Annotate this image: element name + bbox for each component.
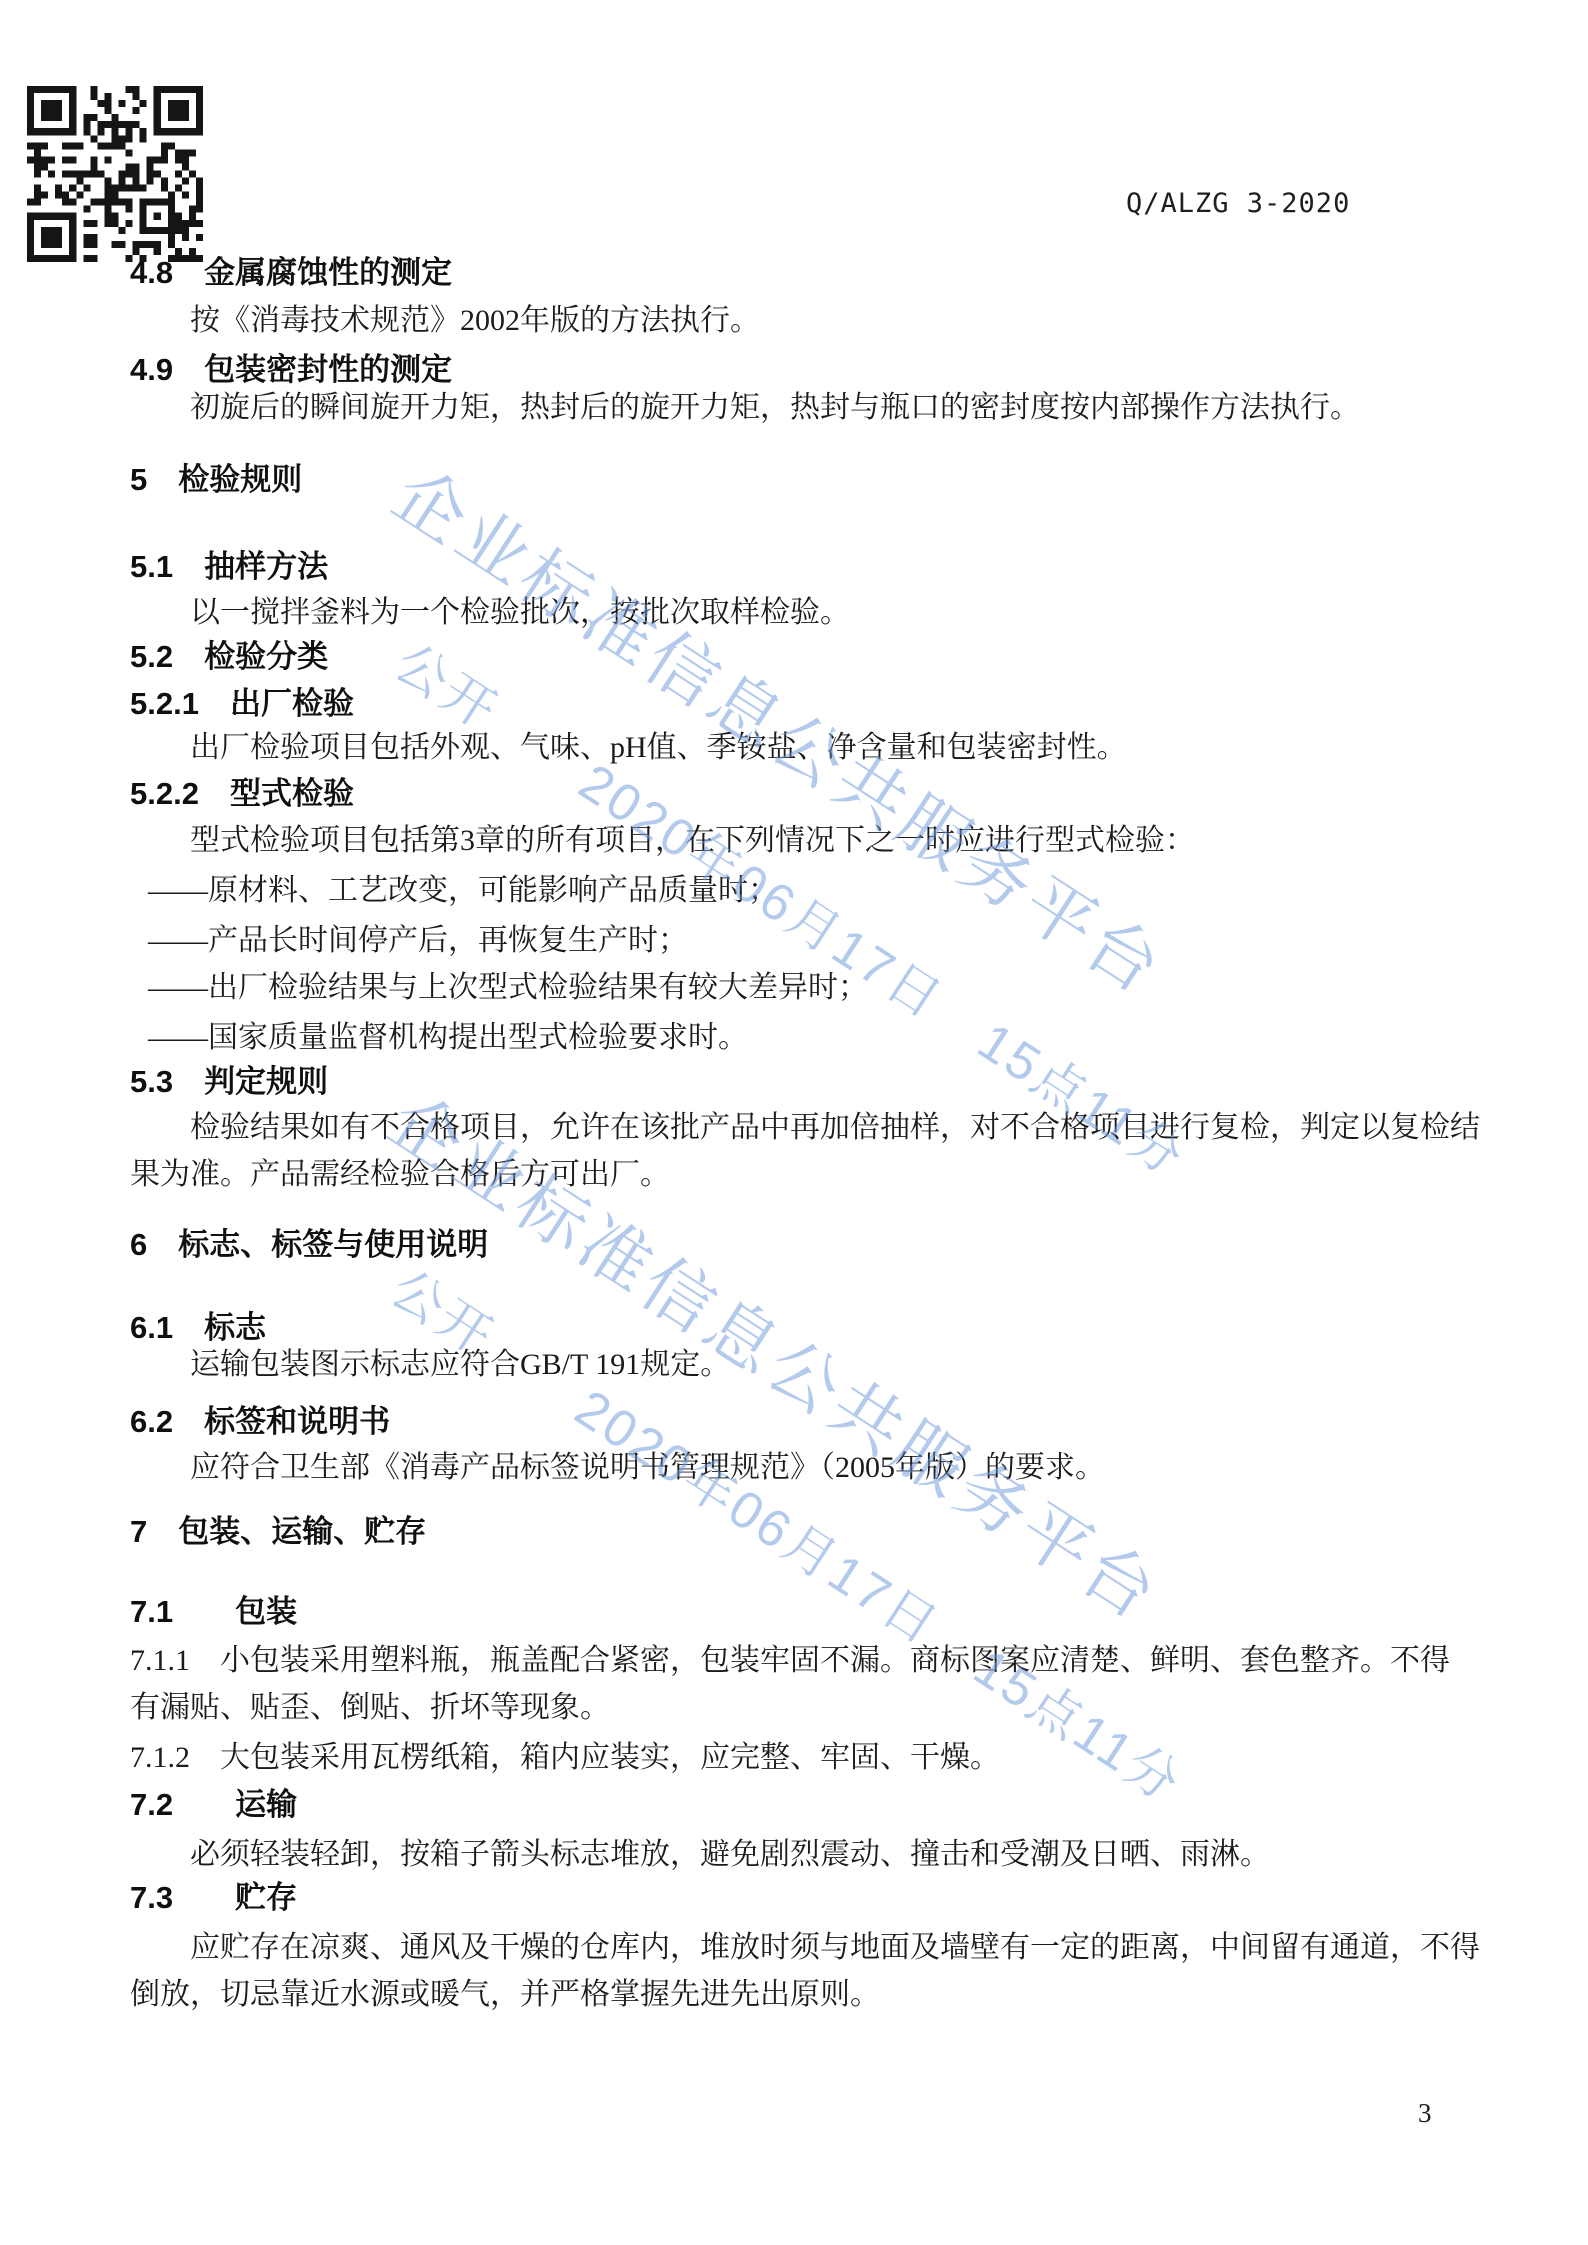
dash: ——产品长时间停产后，再恢复生产时；: [148, 917, 1492, 964]
para: 应符合卫生部《消毒产品标签说明书管理规范》（2005年版）的要求。: [130, 1444, 1492, 1491]
para: 型式检验项目包括第3章的所有项目，在下列情况下之一时应进行型式检验：: [130, 817, 1492, 864]
clause-heading: 5.1 抽样方法: [130, 546, 1492, 588]
para: 以一搅拌釜料为一个检验批次，按批次取样检验。: [130, 589, 1492, 636]
para: 运输包装图示标志应符合GB/T 191规定。: [130, 1341, 1492, 1388]
clause-heading: 5.2 检验分类: [130, 636, 1492, 678]
para: 应贮存在凉爽、通风及干燥的仓库内，堆放时须与地面及墙壁有一定的距离，中间留有通道…: [130, 1924, 1492, 2018]
clause-heading: 7.1 包装: [130, 1591, 1492, 1633]
page-number: 3: [1418, 2098, 1432, 2129]
para: 按《消毒技术规范》2002年版的方法执行。: [130, 297, 1492, 344]
chapter-heading: 5 检验规则: [130, 459, 1492, 501]
clause-heading: 4.8 金属腐蚀性的测定: [130, 252, 1492, 294]
document-page: Q/ALZG 3-2020 4.8 金属腐蚀性的测定 按《消毒技术规范》2002…: [0, 0, 1588, 2245]
clause-heading: 5.2.2 型式检验: [130, 773, 1492, 815]
document-content: 4.8 金属腐蚀性的测定 按《消毒技术规范》2002年版的方法执行。4.9 包装…: [130, 0, 1492, 2245]
chapter-heading: 6 标志、标签与使用说明: [130, 1224, 1492, 1266]
clause-heading: 6.2 标签和说明书: [130, 1401, 1492, 1443]
numbered-para: 7.1.2 大包装采用瓦楞纸箱，箱内应装实，应完整、牢固、干燥。: [130, 1734, 1492, 1781]
chapter-heading: 7 包装、运输、贮存: [130, 1511, 1492, 1553]
clause-heading: 7.2 运输: [130, 1784, 1492, 1826]
para: 初旋后的瞬间旋开力矩，热封后的旋开力矩，热封与瓶口的密封度按内部操作方法执行。: [130, 384, 1492, 431]
clause-heading: 7.3 贮存: [130, 1877, 1492, 1919]
dash: ——原材料、工艺改变，可能影响产品质量时；: [148, 867, 1492, 914]
para: 出厂检验项目包括外观、气味、pH值、季铵盐、净含量和包装密封性。: [130, 724, 1492, 771]
clause-heading: 5.3 判定规则: [130, 1061, 1492, 1103]
dash: ——国家质量监督机构提出型式检验要求时。: [148, 1014, 1492, 1061]
numbered-para: 7.1.1 小包装采用塑料瓶，瓶盖配合紧密，包装牢固不漏。商标图案应清楚、鲜明、…: [130, 1637, 1492, 1731]
para: 必须轻装轻卸，按箱子箭头标志堆放，避免剧烈震动、撞击和受潮及日晒、雨淋。: [130, 1831, 1492, 1878]
para: 检验结果如有不合格项目，允许在该批产品中再加倍抽样，对不合格项目进行复检，判定以…: [130, 1104, 1492, 1198]
dash: ——出厂检验结果与上次型式检验结果有较大差异时；: [148, 964, 1492, 1011]
clause-heading: 5.2.1 出厂检验: [130, 683, 1492, 725]
